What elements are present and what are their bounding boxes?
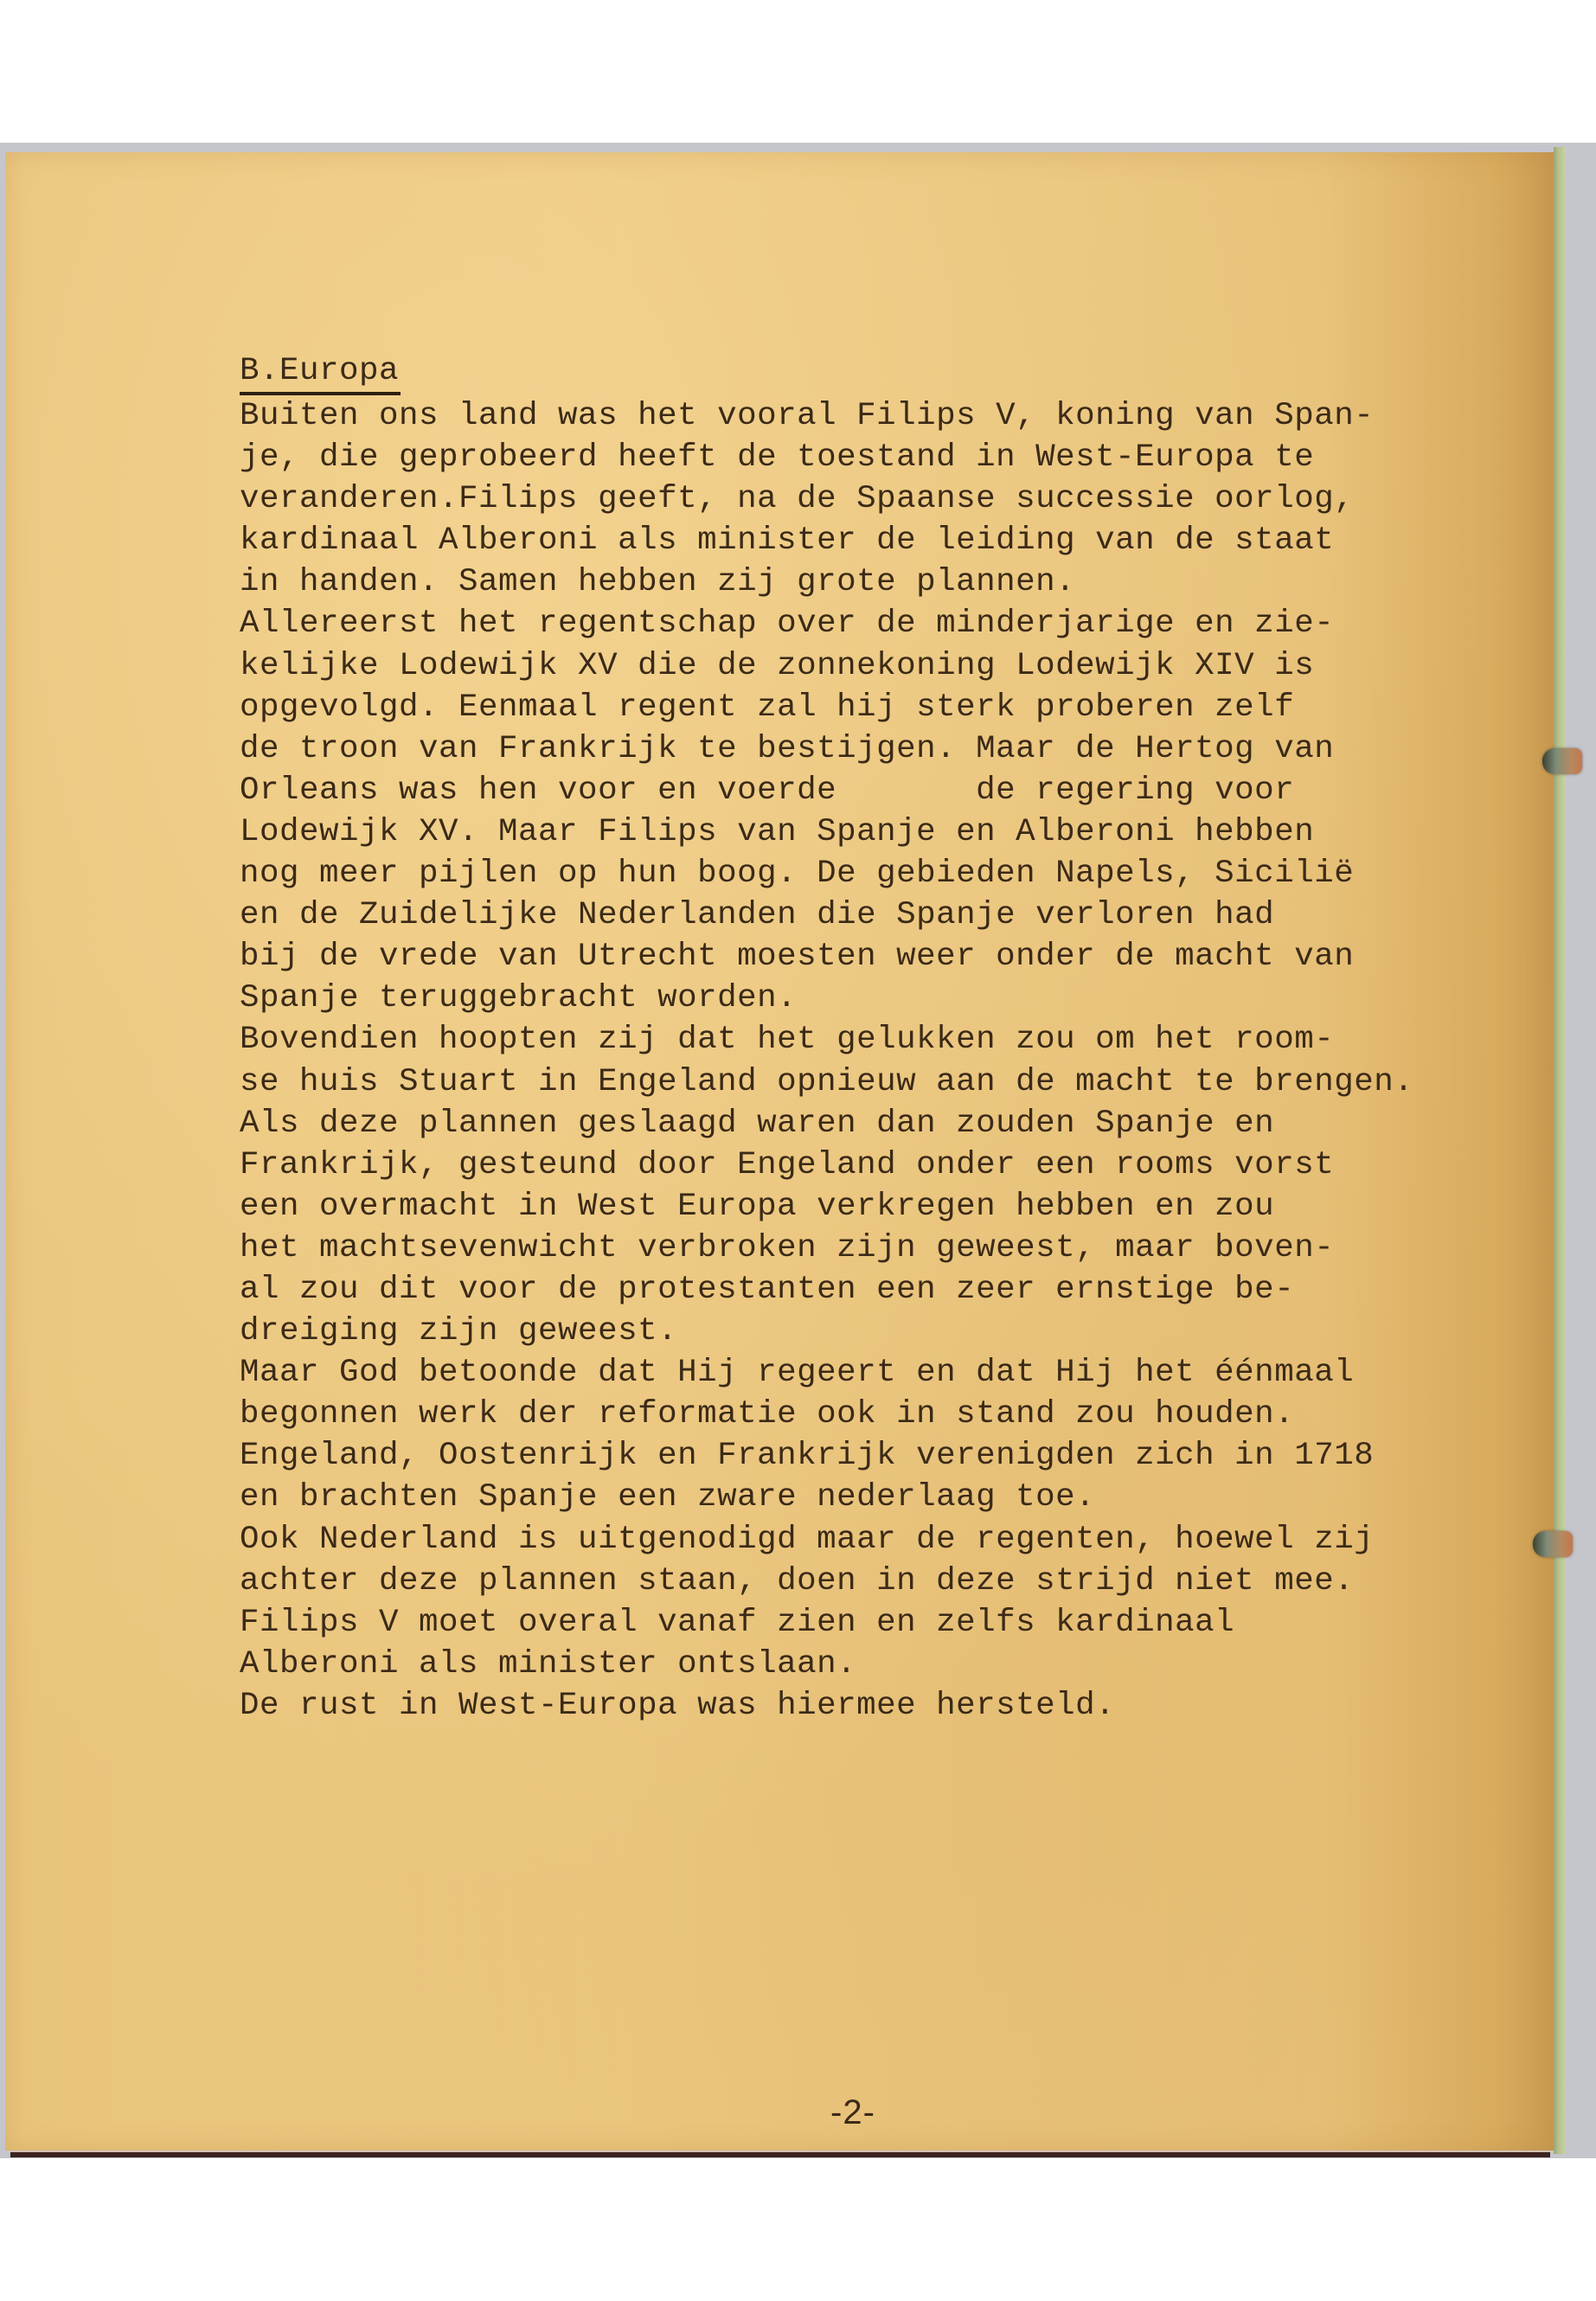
text-line: Spanje teruggebracht worden. [240,977,1503,1019]
staple-icon [1533,1531,1573,1557]
text-line: en brachten Spanje een zware nederlaag t… [240,1477,1503,1518]
page-bottom-edge [10,2151,1550,2157]
text-line: Frankrijk, gesteund door Engeland onder … [240,1144,1503,1186]
text-line: bij de vrede van Utrecht moesten weer on… [240,936,1503,977]
text-line: Buiten ons land was het vooral Filips V,… [240,395,1503,437]
text-line: opgevolgd. Eenmaal regent zal hij sterk … [240,687,1503,728]
page-number: -2- [830,2093,875,2132]
text-line: Filips V moet overal vanaf zien en zelfs… [240,1602,1503,1644]
text-line: Allereerst het regentschap over de minde… [240,603,1503,644]
staple-icon [1542,748,1582,774]
text-line: Maar God betoonde dat Hij regeert en dat… [240,1352,1503,1394]
text-line: achter deze plannen staan, doen in deze … [240,1561,1503,1602]
text-line: Orleans was hen voor en voerde de regeri… [240,770,1503,811]
section-heading: B.Europa [240,350,401,395]
text-line: je, die geprobeerd heeft de toestand in … [240,437,1503,478]
text-line: Alberoni als minister ontslaan. [240,1644,1503,1685]
text-line: kardinaal Alberoni als minister de leidi… [240,520,1503,561]
text-line: de troon van Frankrijk te bestijgen. Maa… [240,728,1503,770]
binding-spine [1554,147,1566,2154]
text-line: veranderen.Filips geeft, na de Spaanse s… [240,478,1503,520]
text-line: Lodewijk XV. Maar Filips van Spanje en A… [240,811,1503,853]
text-line: dreiging zijn geweest. [240,1311,1503,1352]
text-line: en de Zuidelijke Nederlanden die Spanje … [240,894,1503,936]
text-line: in handen. Samen hebben zij grote planne… [240,561,1503,603]
typed-text-body: B.Europa Buiten ons land was het vooral … [240,350,1503,1727]
text-line: het machtsevenwicht verbroken zijn gewee… [240,1227,1503,1269]
text-line: nog meer pijlen op hun boog. De gebieden… [240,853,1503,894]
text-line: se huis Stuart in Engeland opnieuw aan d… [240,1061,1503,1103]
text-line: Als deze plannen geslaagd waren dan zoud… [240,1103,1503,1144]
text-line: Engeland, Oostenrijk en Frankrijk vereni… [240,1435,1503,1477]
text-line: al zou dit voor de protestanten een zeer… [240,1269,1503,1311]
text-line: Ook Nederland is uitgenodigd maar de reg… [240,1519,1503,1561]
text-line: begonnen werk der reformatie ook in stan… [240,1394,1503,1435]
text-line: kelijke Lodewijk XV die de zonnekoning L… [240,645,1503,687]
text-line: een overmacht in West Europa verkregen h… [240,1186,1503,1227]
text-line: Bovendien hoopten zij dat het gelukken z… [240,1019,1503,1061]
text-line: De rust in West-Europa was hiermee herst… [240,1685,1503,1727]
